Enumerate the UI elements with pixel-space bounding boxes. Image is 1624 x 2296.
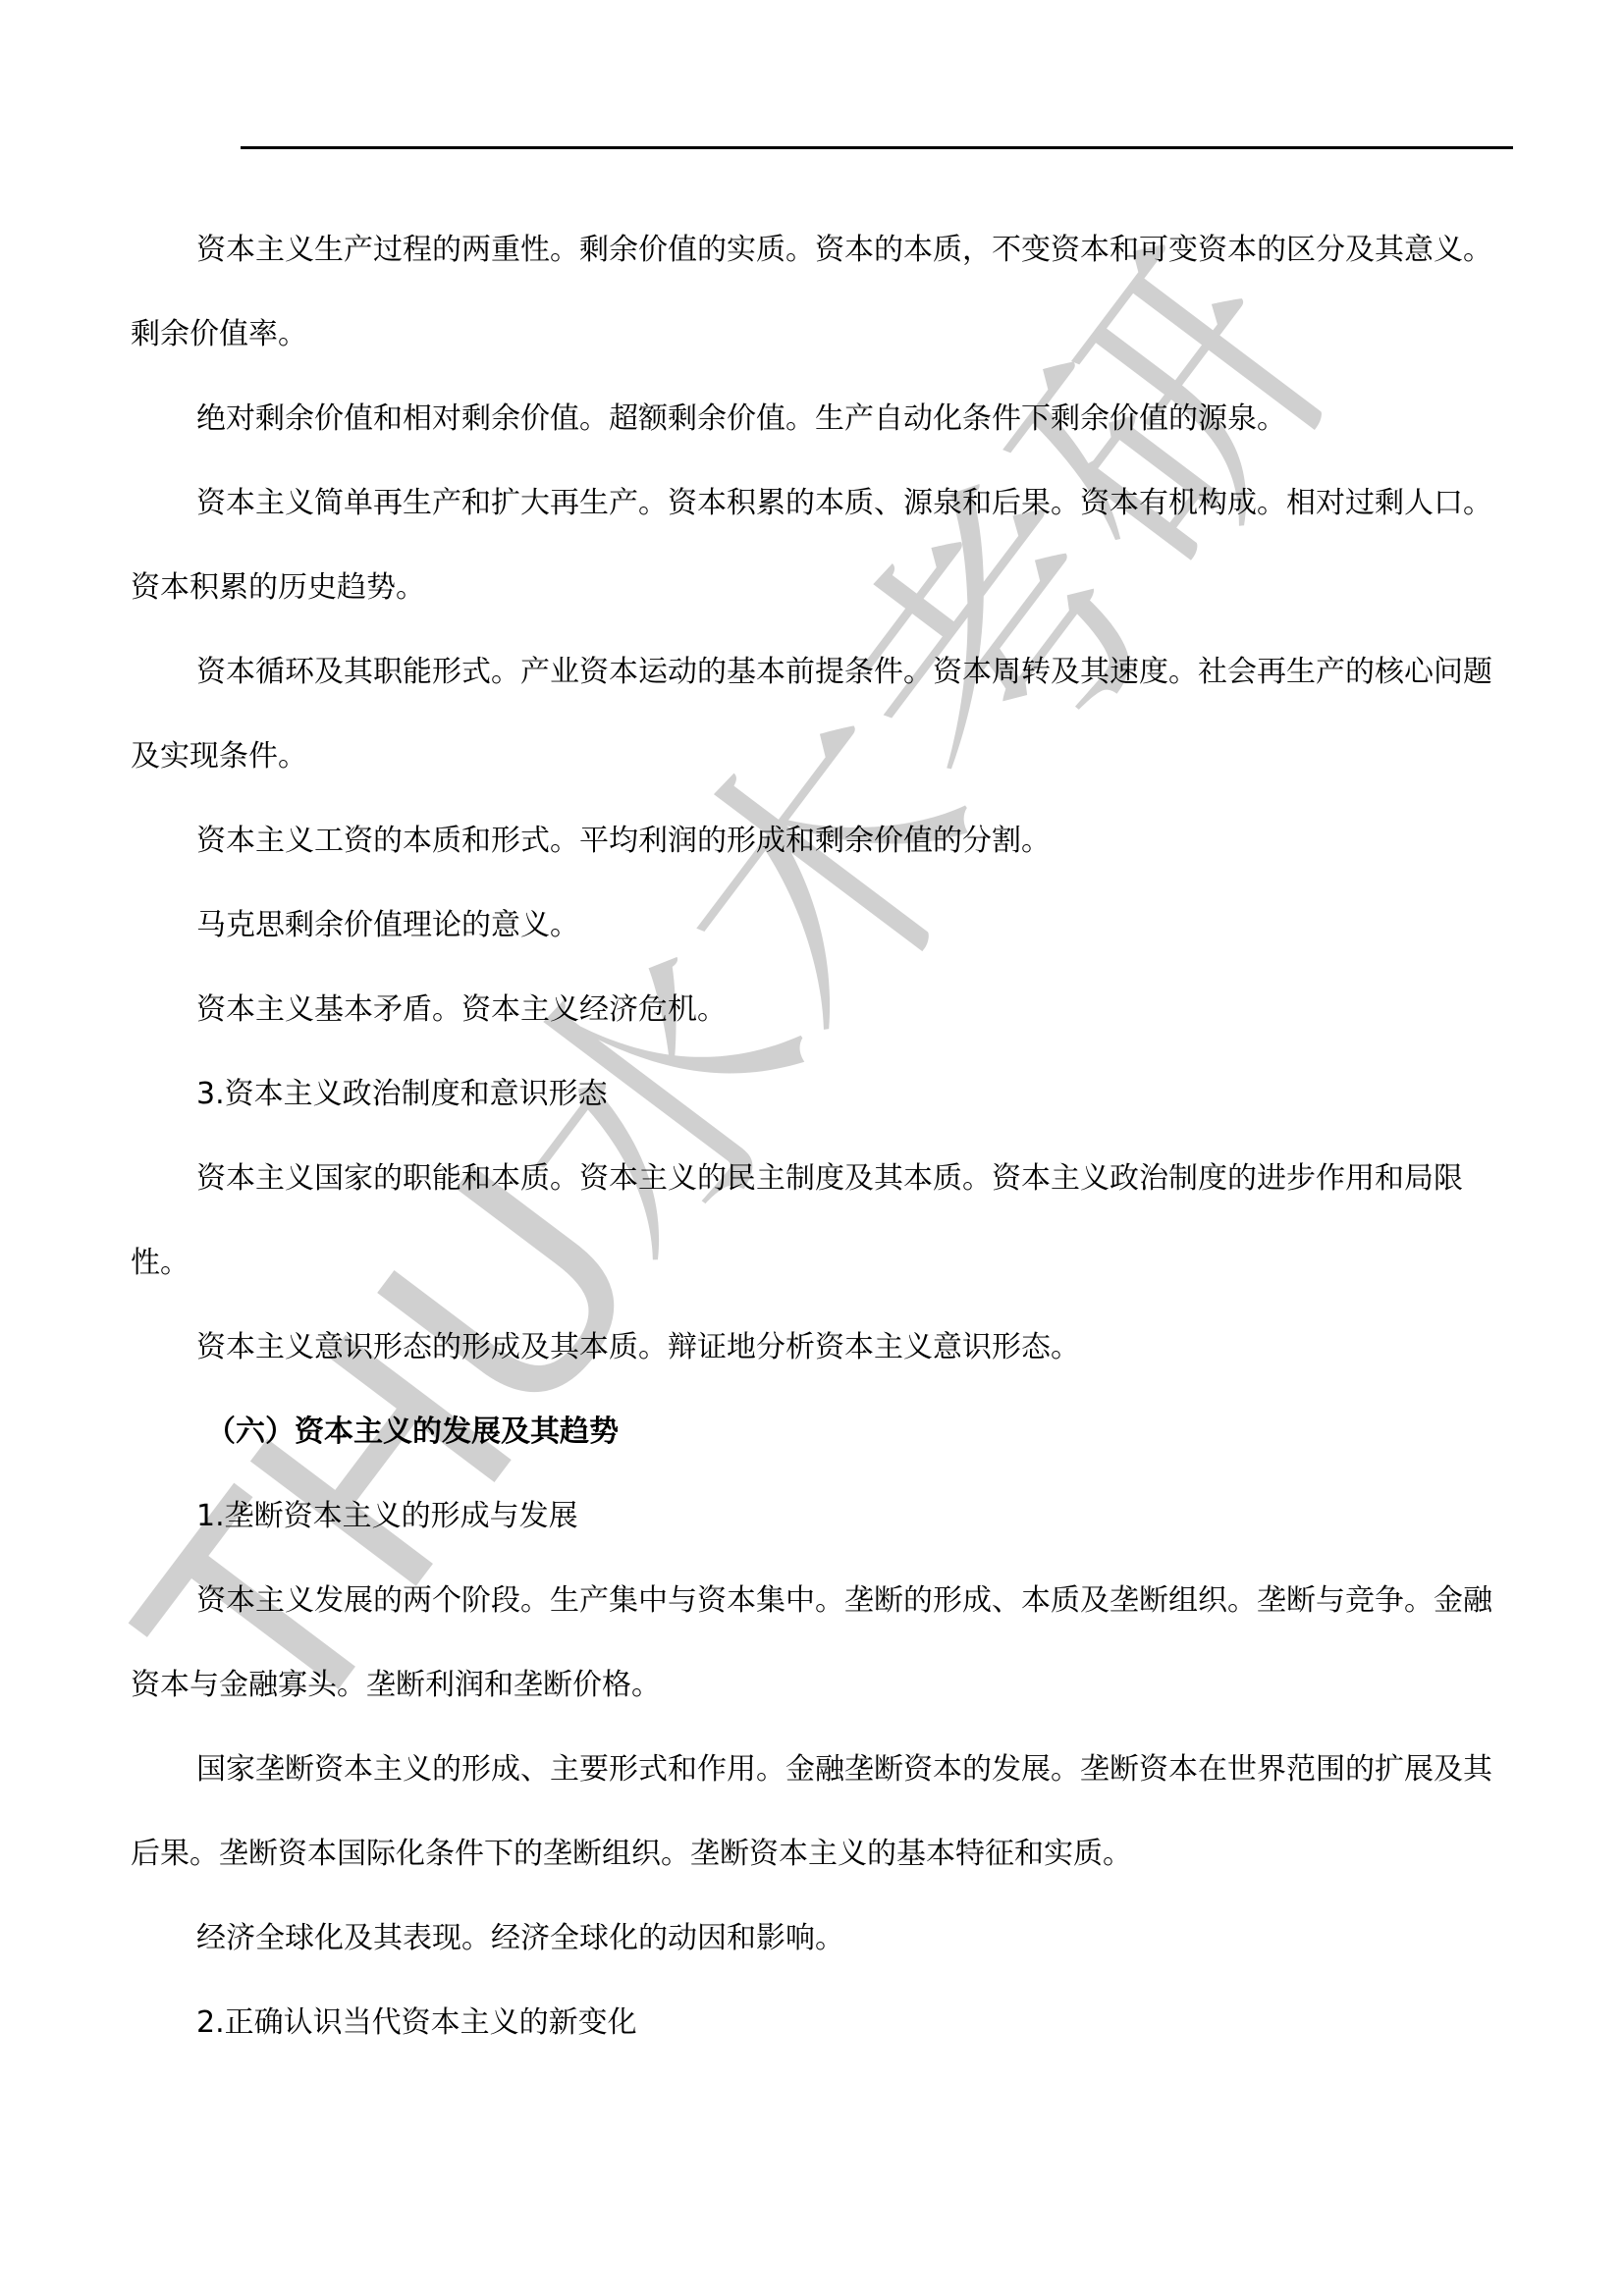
paragraph: 资本主义生产过程的两重性。剩余价值的实质。资本的本质，不变资本和可变资本的区分及… [131,208,1517,377]
subheading: 3.资本主义政治制度和意识形态 [131,1052,1517,1137]
paragraph: 资本主义简单再生产和扩大再生产。资本积累的本质、源泉和后果。资本有机构成。相对过… [131,461,1517,630]
paragraph: 绝对剩余价值和相对剩余价值。超额剩余价值。生产自动化条件下剩余价值的源泉。 [131,377,1517,461]
subheading: 2.正确认识当代资本主义的新变化 [131,1981,1517,2065]
paragraph: 资本主义国家的职能和本质。资本主义的民主制度及其本质。资本主义政治制度的进步作用… [131,1137,1517,1306]
paragraph: 资本循环及其职能形式。产业资本运动的基本前提条件。资本周转及其速度。社会再生产的… [131,630,1517,799]
section-heading: （六）资本主义的发展及其趋势 [131,1390,1517,1474]
document-body: 资本主义生产过程的两重性。剩余价值的实质。资本的本质，不变资本和可变资本的区分及… [131,208,1517,2065]
header-rule [241,146,1513,149]
paragraph: 国家垄断资本主义的形成、主要形式和作用。金融垄断资本的发展。垄断资本在世界范围的… [131,1728,1517,1896]
paragraph: 资本主义工资的本质和形式。平均利润的形成和剩余价值的分割。 [131,799,1517,883]
paragraph: 经济全球化及其表现。经济全球化的动因和影响。 [131,1896,1517,1981]
paragraph: 资本主义发展的两个阶段。生产集中与资本集中。垄断的形成、本质及垄断组织。垄断与竞… [131,1559,1517,1728]
subheading: 1.垄断资本主义的形成与发展 [131,1474,1517,1559]
paragraph: 资本主义基本矛盾。资本主义经济危机。 [131,968,1517,1052]
paragraph: 马克思剩余价值理论的意义。 [131,883,1517,968]
paragraph: 资本主义意识形态的形成及其本质。辩证地分析资本主义意识形态。 [131,1306,1517,1390]
